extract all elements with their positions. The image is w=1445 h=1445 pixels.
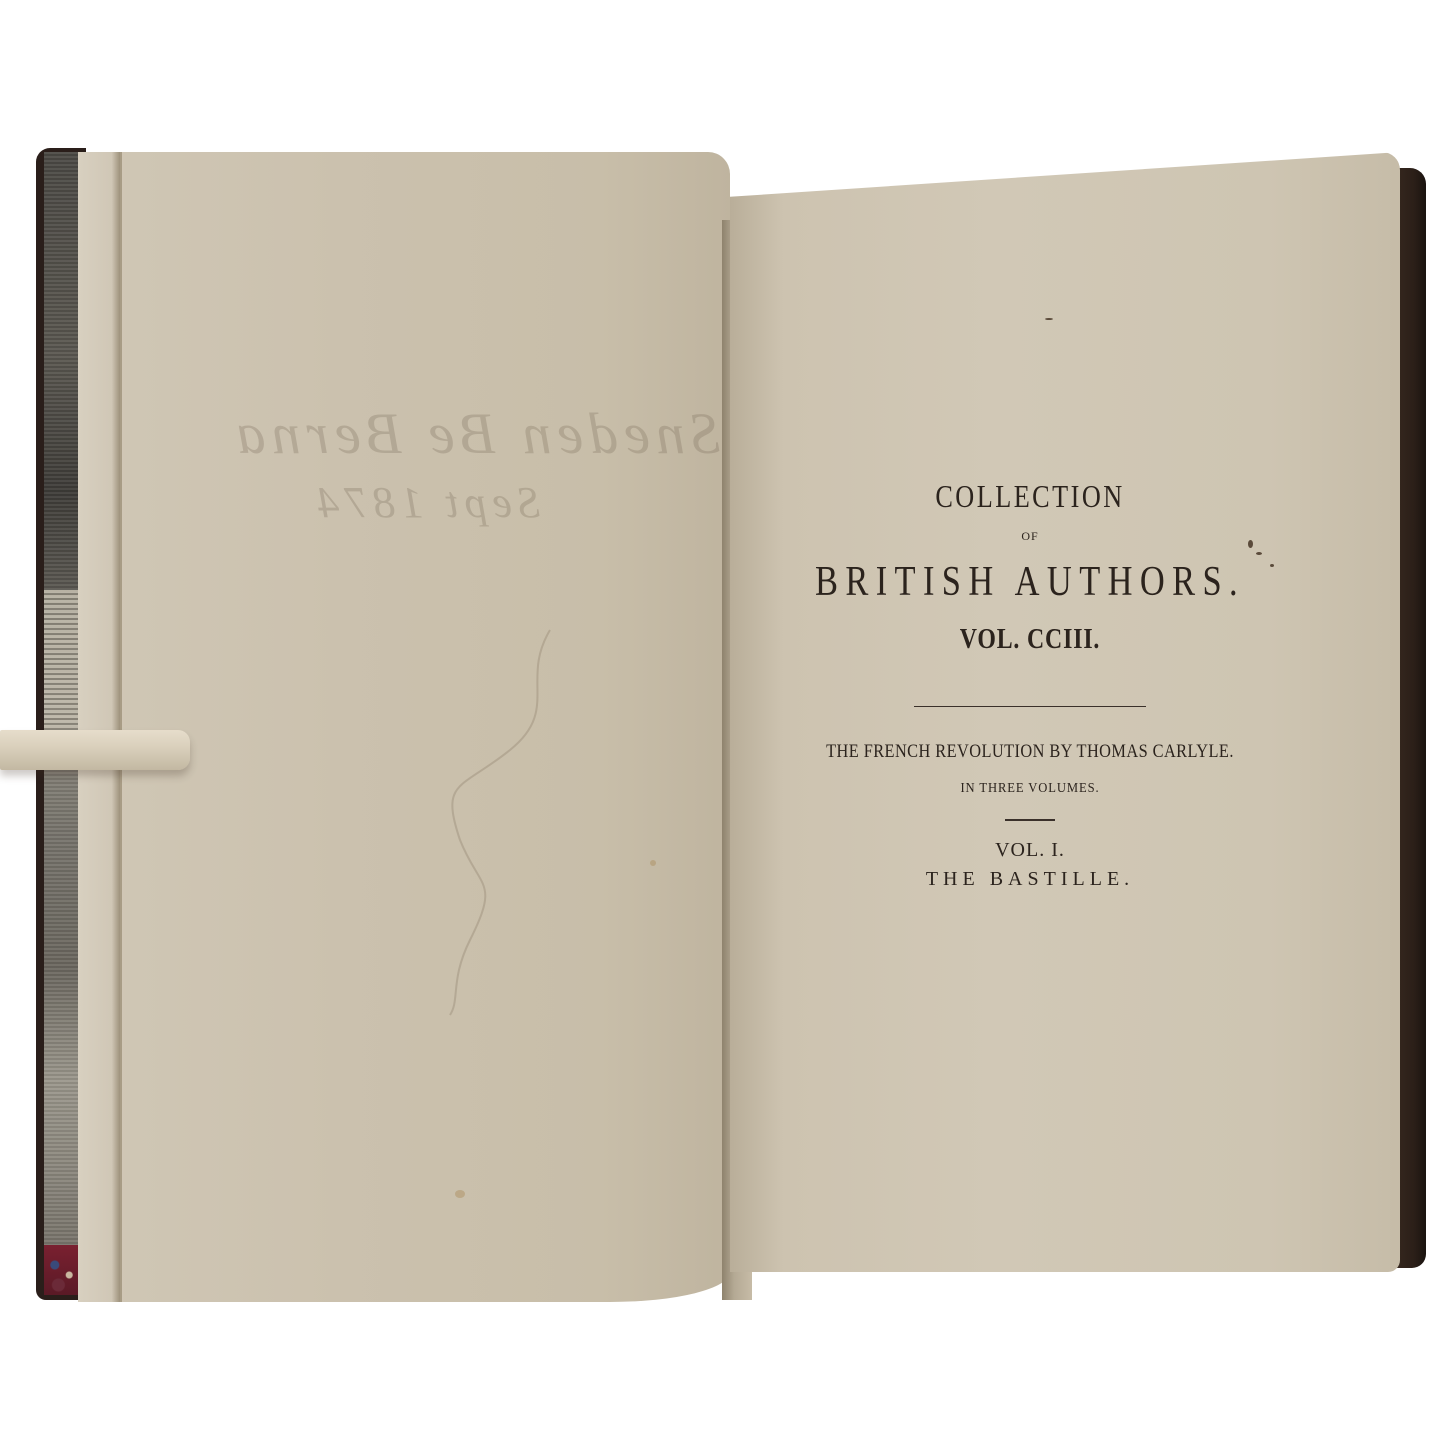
series-volume: VOL. CCIII. bbox=[801, 624, 1260, 656]
series-title: BRITISH AUTHORS. bbox=[809, 558, 1252, 606]
foxing-spot bbox=[455, 1190, 465, 1198]
ink-speck bbox=[1248, 540, 1253, 548]
ink-speck bbox=[1256, 552, 1262, 555]
left-flyleaf-page bbox=[78, 152, 730, 1302]
ink-speck bbox=[1045, 318, 1053, 320]
divider-rule-long bbox=[914, 706, 1146, 707]
flyleaf-hinge-fold bbox=[78, 152, 122, 1302]
ink-speck bbox=[1270, 564, 1274, 567]
title-page-text: COLLECTION OF BRITISH AUTHORS. VOL. CCII… bbox=[760, 470, 1300, 891]
work-title: THE FRENCH REVOLUTION BY THOMAS CARLYLE. bbox=[798, 741, 1262, 763]
offset-handwriting-line-1: Sneden Be Berna bbox=[231, 401, 720, 466]
volume-subtitle: THE BASTILLE. bbox=[760, 868, 1300, 891]
of-word: OF bbox=[760, 529, 1300, 544]
collection-heading: COLLECTION bbox=[809, 478, 1252, 515]
pencil-bookmark bbox=[0, 730, 190, 770]
foxing-spot bbox=[650, 860, 656, 866]
volumes-note: IN THREE VOLUMES. bbox=[787, 781, 1273, 797]
offset-handwriting-line-2: Sept 1874 bbox=[180, 477, 540, 528]
spine-headband-stripe bbox=[44, 590, 80, 740]
marbled-endpaper bbox=[44, 1245, 80, 1295]
divider-rule-short bbox=[1005, 819, 1055, 821]
offset-handwriting: Sneden Be Berna Sept 1874 bbox=[180, 400, 720, 600]
volume-number: VOL. I. bbox=[760, 839, 1300, 862]
faint-pencil-squiggle bbox=[420, 620, 560, 1020]
